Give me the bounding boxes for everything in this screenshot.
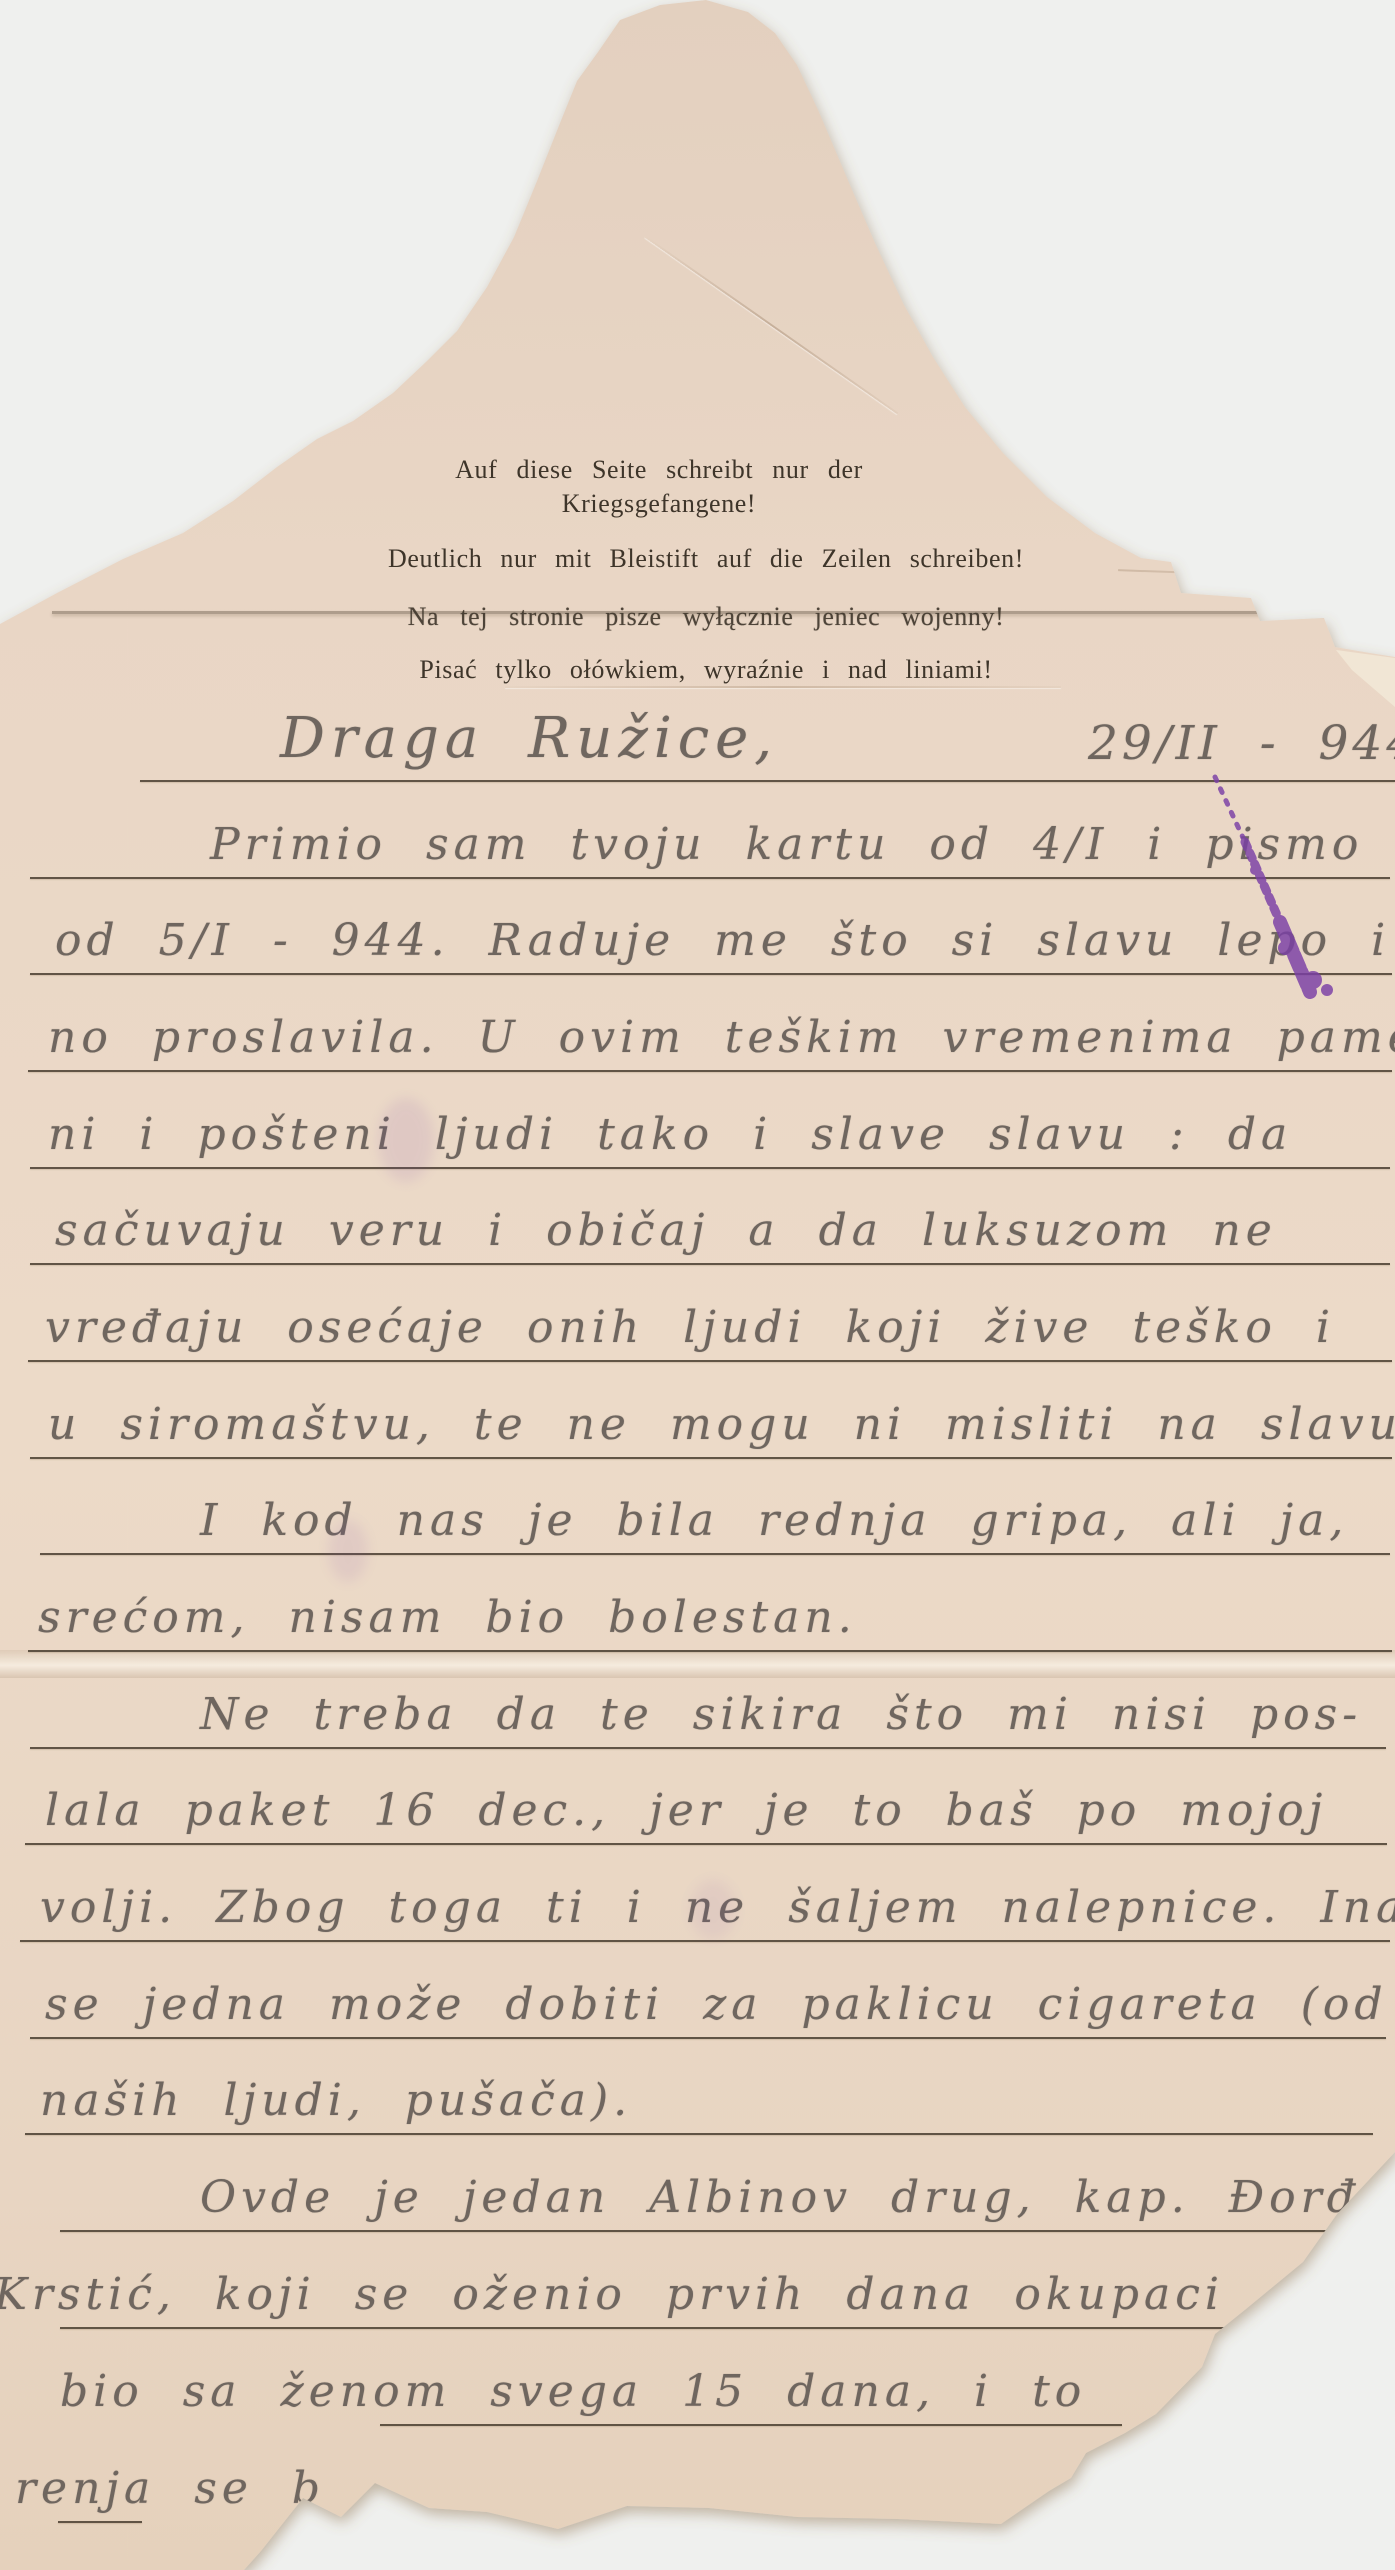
ink-smudge [328, 1520, 368, 1582]
printed-instruction-pl-1: Na tej stronie pisze wyłącznie jeniec wo… [356, 602, 1056, 632]
handwritten-line: I kod nas je bila rednja gripa, ali ja, [200, 1495, 1348, 1546]
handwritten-line: se jedna može dobiti za paklicu cigareta… [45, 1979, 1388, 2030]
censor-stamp-mark [1185, 752, 1365, 1012]
handwritten-line: Ne treba da te sikira što mi nisi pos- [200, 1689, 1362, 1740]
ruled-line [30, 1457, 1392, 1459]
ruled-line [30, 1263, 1390, 1265]
ruled-line [380, 2424, 1122, 2426]
printed-instruction-de-2: Kriegsgefangene! [309, 489, 1009, 519]
ruled-line [28, 1360, 1392, 1362]
flap-crease-horizontal [505, 686, 1061, 688]
ruled-line [58, 2521, 142, 2523]
handwritten-line: Krstić, koji se oženio prvih dana okupac… [0, 2269, 1224, 2320]
printed-instruction-pl-2: Pisać tylko ołówkiem, wyraźnie i nad lin… [356, 655, 1056, 685]
handwritten-line: renja se b [15, 2463, 325, 2514]
printed-instruction-de-3: Deutlich nur mit Bleistift auf die Zeile… [356, 544, 1056, 574]
handwritten-line: bio sa ženom svega 15 dana, i to [60, 2366, 1086, 2417]
ruled-line [28, 1650, 1392, 1652]
ruled-line [60, 2327, 1310, 2329]
handwritten-line: u siromaštvu, te ne mogu ni misliti na s… [48, 1399, 1395, 1450]
ruled-line [30, 1747, 1386, 1749]
ink-smudge [378, 1098, 434, 1182]
ruled-line [25, 2133, 1373, 2135]
flap-crease-diagonal [645, 236, 898, 414]
handwritten-line: srećom, nisam bio bolestan. [38, 1592, 857, 1643]
main-fold-line [0, 1650, 1395, 1678]
ink-smudge [690, 1880, 736, 1940]
ruled-line [30, 1167, 1390, 1169]
handwritten-line: no proslavila. U ovim teškim vremenima p… [48, 1012, 1395, 1063]
ruled-line [28, 1070, 1392, 1072]
ruled-line [20, 1940, 1390, 1942]
ruled-line [60, 2230, 1340, 2232]
handwritten-line: sačuvaju veru i običaj a da luksuzom ne [55, 1205, 1277, 1256]
handwritten-line: Ovde je jedan Albinov drug, kap. Đorđe [200, 2172, 1391, 2223]
handwritten-line: naših ljudi, pušača). [40, 2075, 632, 2126]
handwritten-line: lala paket 16 dec., jer je to baš po moj… [45, 1785, 1327, 1836]
handwritten-salutation: Draga Ružice, [280, 706, 778, 771]
handwritten-line: vređaju osećaje onih ljudi koji žive teš… [45, 1302, 1335, 1353]
ruled-line [40, 1553, 1390, 1555]
scanned-pow-letter: Auf diese Seite schreibt nur der Kriegsg… [0, 0, 1395, 2570]
printed-instruction-de-1: Auf diese Seite schreibt nur der [309, 455, 1009, 485]
handwritten-line: ni i pošteni ljudi tako i slave slavu : … [48, 1109, 1292, 1160]
ruled-line [25, 1843, 1387, 1845]
ruled-line [30, 2037, 1386, 2039]
